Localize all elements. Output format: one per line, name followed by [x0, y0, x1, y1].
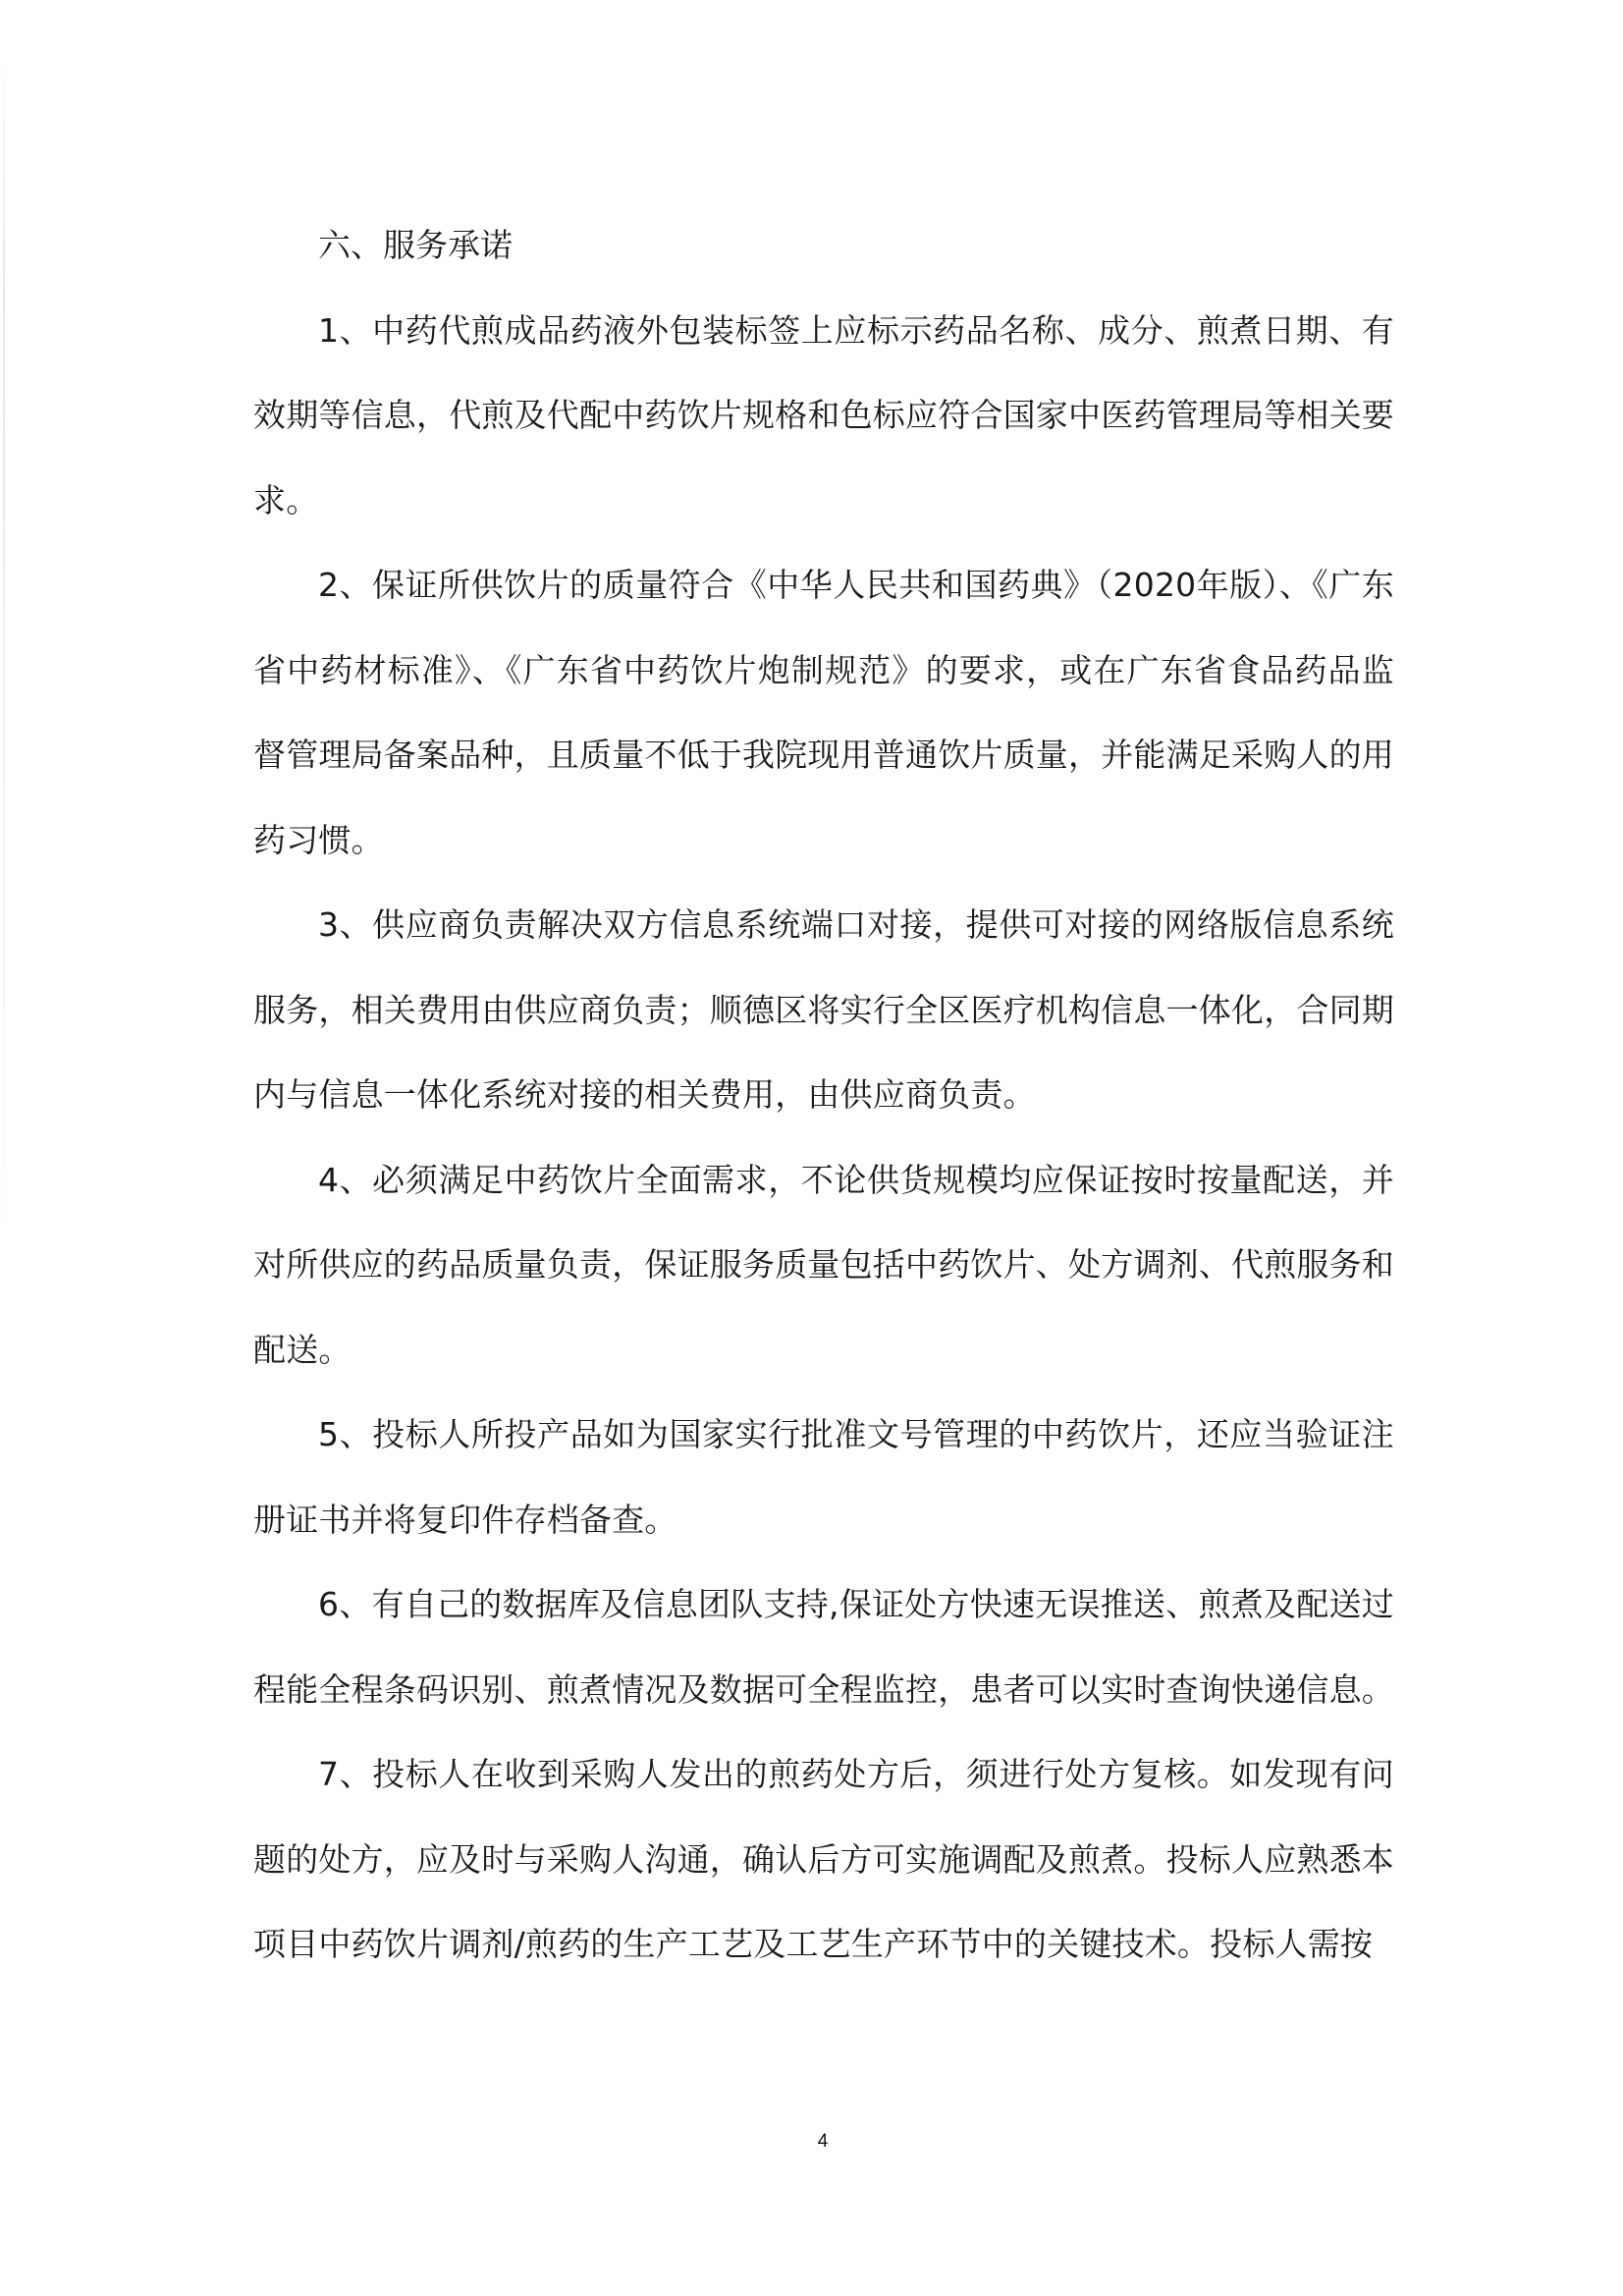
paragraph-5: 5、投标人所投产品如为国家实行批准文号管理的中药饮片，还应当验证注册证书并将复印… [253, 1393, 1394, 1562]
section-heading: 六、服务承诺 [253, 203, 1394, 289]
paragraph-4: 4、必须满足中药饮片全面需求，不论供货规模均应保证按时按量配送，并对所供应的药品… [253, 1138, 1394, 1394]
document-body: 六、服务承诺 1、中药代煎成品药液外包装标签上应标示药品名称、成分、煎煮日期、有… [253, 203, 1394, 1988]
paragraph-7: 7、投标人在收到采购人发出的煎药处方后，须进行处方复核。如发现有问题的处方，应及… [253, 1732, 1394, 1988]
paragraph-2: 2、保证所供饮片的质量符合《中华人民共和国药典》（2020年版）、《广东省中药材… [253, 543, 1394, 883]
scan-edge-mark [3, 39, 5, 1316]
paragraph-6: 6、有自己的数据库及信息团队支持,保证处方快速无误推送、煎煮及配送过程能全程条码… [253, 1562, 1394, 1732]
document-page: 六、服务承诺 1、中药代煎成品药液外包装标签上应标示药品名称、成分、煎煮日期、有… [0, 0, 1623, 2296]
page-number: 4 [813, 2131, 833, 2153]
paragraph-1: 1、中药代煎成品药液外包装标签上应标示药品名称、成分、煎煮日期、有效期等信息，代… [253, 289, 1394, 544]
paragraph-3: 3、供应商负责解决双方信息系统端口对接，提供可对接的网络版信息系统服务，相关费用… [253, 883, 1394, 1138]
